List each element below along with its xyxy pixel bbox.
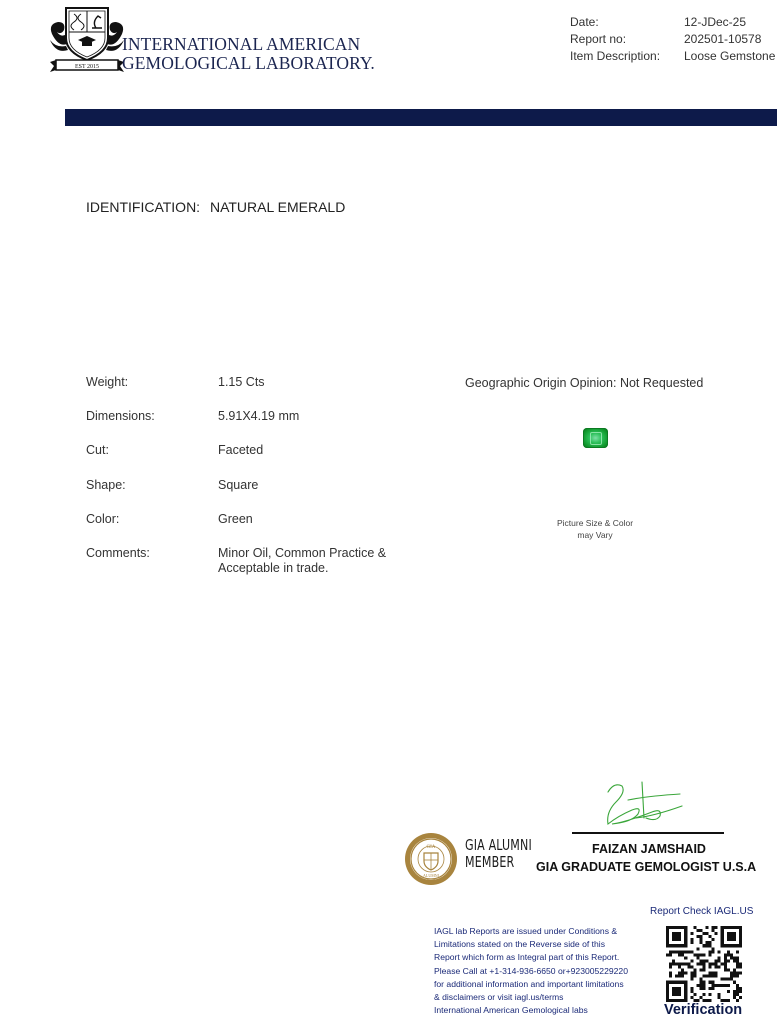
meta-value-item-description: Loose Gemstone	[684, 48, 775, 65]
detail-value: Square	[218, 478, 418, 512]
detail-value: Green	[218, 512, 418, 546]
organization-name: INTERNATIONAL AMERICAN GEMOLOGICAL LABOR…	[122, 35, 375, 73]
detail-row-weight: Weight: 1.15 Cts	[86, 375, 418, 409]
meta-value-report-no: 202501-10578	[684, 31, 761, 48]
org-name-line2: GEMOLOGICAL LABORATORY.	[122, 54, 375, 73]
detail-label: Cut:	[86, 443, 218, 477]
picture-note-line2: may Vary	[545, 529, 645, 541]
picture-note: Picture Size & Color may Vary	[545, 517, 645, 541]
disclaimer-line: for additional information and important…	[434, 978, 664, 991]
identification-value: NATURAL EMERALD	[210, 199, 345, 215]
meta-label: Date:	[570, 14, 684, 31]
meta-row-report-no: Report no: 202501-10578	[570, 31, 775, 48]
disclaimer-line: IAGL lab Reports are issued under Condit…	[434, 925, 664, 938]
signer-name: FAIZAN JAMSHAID	[540, 842, 758, 856]
meta-value-date: 12-JDec-25	[684, 14, 746, 31]
signature-line	[572, 832, 724, 834]
detail-value: Faceted	[218, 443, 418, 477]
qr-code-icon[interactable]	[666, 926, 742, 1002]
svg-text:GIA: GIA	[427, 845, 436, 850]
detail-value: 1.15 Cts	[218, 375, 418, 409]
disclaimer-line: Please Call at +1-314-936-6650 or+923005…	[434, 965, 664, 978]
disclaimer-line: Limitations stated on the Reverse side o…	[434, 938, 664, 951]
disclaimer-line: Report which form as Integral part of th…	[434, 951, 664, 964]
crest-icon: EST 2015	[48, 4, 126, 74]
header-banner	[65, 109, 777, 126]
svg-text:EST 2015: EST 2015	[75, 64, 99, 70]
detail-row-dimensions: Dimensions: 5.91X4.19 mm	[86, 409, 418, 443]
disclaimer-line: & disclaimers or visit iagl.us/terms	[434, 991, 664, 1004]
meta-row-item-description: Item Description: Loose Gemstone	[570, 48, 775, 65]
gia-alumni-member-label: GIA ALUMNI MEMBER	[465, 837, 532, 871]
disclaimer-line: International American Gemological labs	[434, 1004, 664, 1017]
report-meta: Date: 12-JDec-25 Report no: 202501-10578…	[570, 14, 775, 65]
detail-value: 5.91X4.19 mm	[218, 409, 418, 443]
emerald-gem-image	[583, 428, 608, 448]
detail-label: Shape:	[86, 478, 218, 512]
disclaimer: IAGL lab Reports are issued under Condit…	[434, 925, 664, 1017]
report-check-label: Report Check IAGL.US	[650, 906, 753, 917]
detail-label: Comments:	[86, 546, 218, 580]
meta-row-date: Date: 12-JDec-25	[570, 14, 775, 31]
org-name-line1: INTERNATIONAL AMERICAN	[122, 35, 375, 54]
gem-details: Weight: 1.15 Cts Dimensions: 5.91X4.19 m…	[86, 375, 418, 580]
picture-note-line1: Picture Size & Color	[545, 517, 645, 529]
identification: IDENTIFICATION: NATURAL EMERALD	[86, 199, 345, 215]
gia-alumni-seal-icon: GIA ALUMNI	[404, 832, 458, 886]
detail-value: Minor Oil, Common Practice & Acceptable …	[218, 546, 418, 580]
detail-row-color: Color: Green	[86, 512, 418, 546]
gia-line2: MEMBER	[465, 854, 532, 871]
signature-icon	[598, 780, 688, 830]
detail-label: Color:	[86, 512, 218, 546]
identification-label: IDENTIFICATION:	[86, 199, 200, 215]
verification-label: Verification	[664, 1002, 742, 1018]
gia-line1: GIA ALUMNI	[465, 837, 532, 854]
detail-label: Dimensions:	[86, 409, 218, 443]
detail-row-cut: Cut: Faceted	[86, 443, 418, 477]
origin-opinion: Geographic Origin Opinion: Not Requested	[465, 376, 703, 390]
svg-text:ALUMNI: ALUMNI	[423, 873, 440, 878]
detail-row-comments: Comments: Minor Oil, Common Practice & A…	[86, 546, 418, 580]
signer-title: GIA GRADUATE GEMOLOGIST U.S.A	[536, 860, 756, 874]
detail-row-shape: Shape: Square	[86, 478, 418, 512]
detail-label: Weight:	[86, 375, 218, 409]
meta-label: Item Description:	[570, 48, 684, 65]
iagl-logo: EST 2015 INTERNATIONAL AMERICAN GEMOLOGI…	[48, 4, 378, 74]
meta-label: Report no:	[570, 31, 684, 48]
